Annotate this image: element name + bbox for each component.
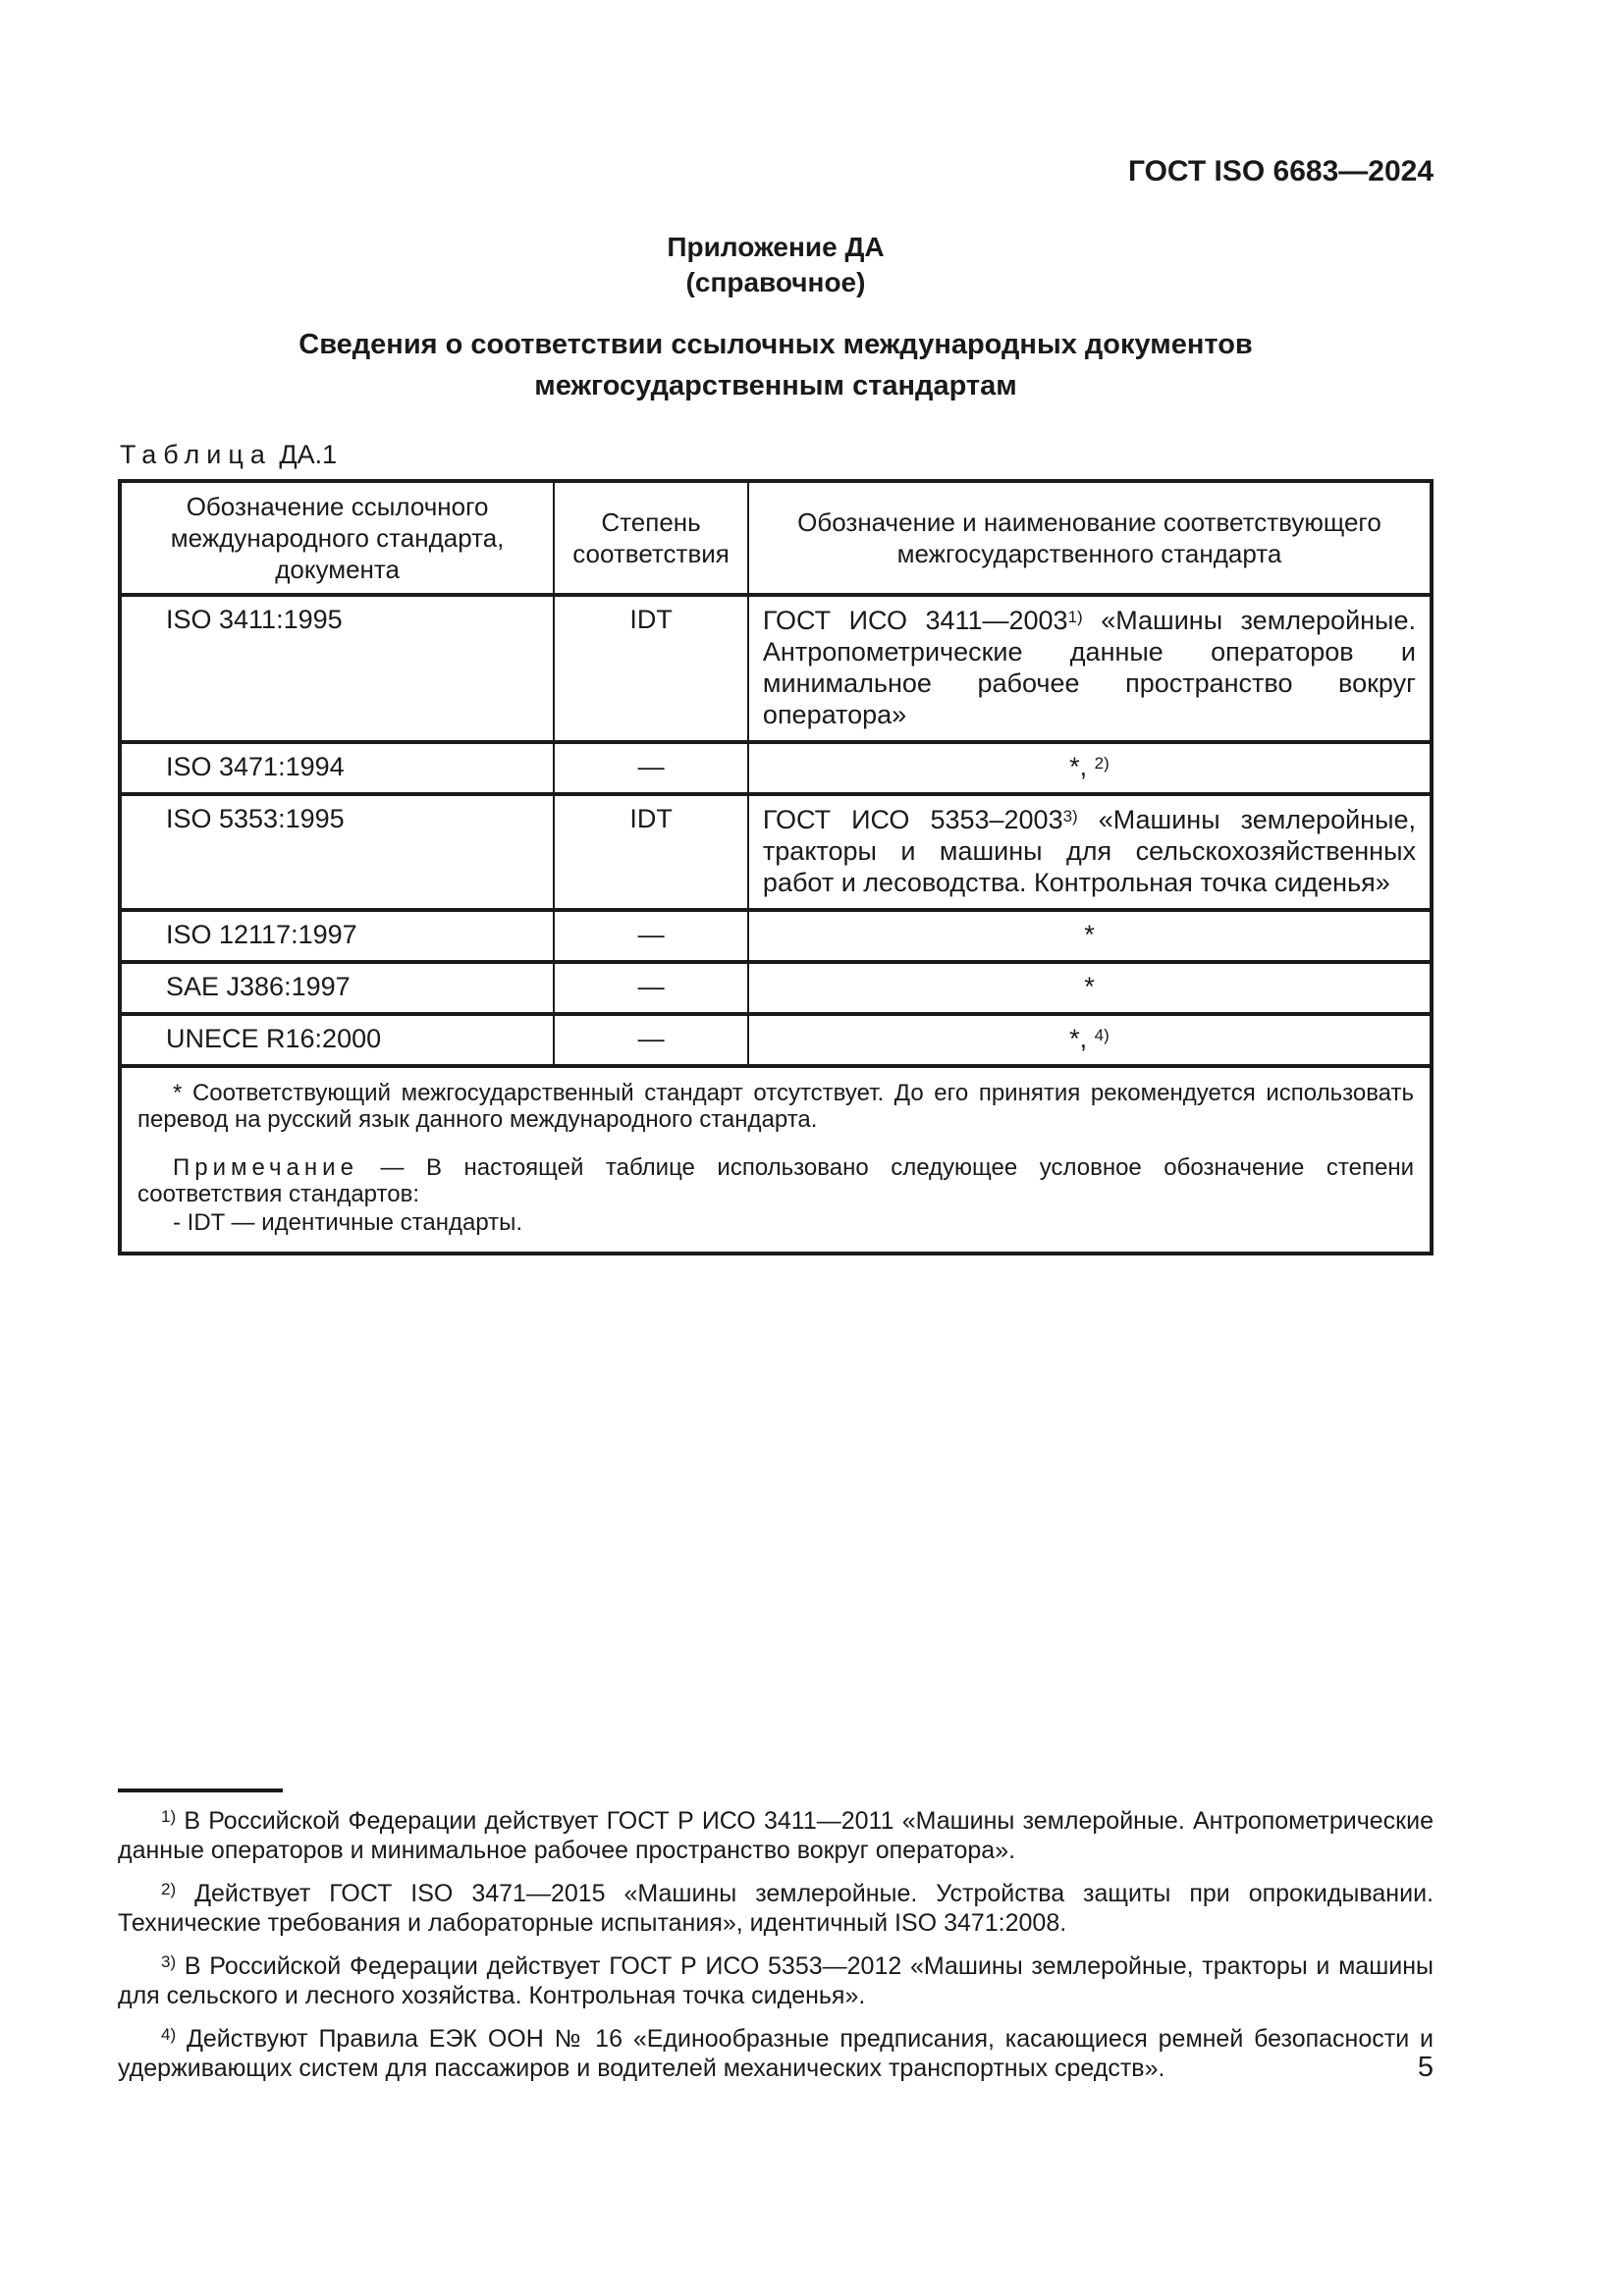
cell-correspondence: * — [748, 910, 1432, 962]
cell-reference: ISO 3471:1994 — [120, 742, 554, 794]
cell-reference: ISO 5353:1995 — [120, 794, 554, 910]
match-text: *, — [1069, 752, 1087, 781]
table-row: SAE J386:1997 — * — [120, 962, 1432, 1014]
table-star-note: * Соответствующий межгосударственный ста… — [137, 1080, 1414, 1133]
document-page: ГОСТ ISO 6683—2024 Приложение ДА (справо… — [0, 0, 1624, 2296]
table-footnote-row: * Соответствующий межгосударственный ста… — [120, 1066, 1432, 1254]
page-number: 5 — [118, 2052, 1434, 2084]
table-row: ISO 5353:1995 IDT ГОСТ ИСО 5353–20033) «… — [120, 794, 1432, 910]
table-caption-number: ДА.1 — [279, 440, 337, 469]
cell-reference: ISO 12117:1997 — [120, 910, 554, 962]
match-footnote-ref: 1) — [1068, 608, 1083, 626]
cell-reference: UNECE R16:2000 — [120, 1014, 554, 1066]
page-title: Сведения о соответствии ссылочных междун… — [118, 324, 1434, 406]
footnote-1-marker: 1) — [161, 1807, 176, 1826]
cell-reference: SAE J386:1997 — [120, 962, 554, 1014]
cell-reference: ISO 3411:1995 — [120, 595, 554, 742]
footnote-4-marker: 4) — [161, 2025, 176, 2044]
table-caption-label: Таблица — [120, 440, 272, 469]
match-text: ГОСТ ИСО 5353–2003 — [763, 805, 1063, 834]
footnote-separator — [118, 1789, 283, 1792]
table-row: ISO 12117:1997 — * — [120, 910, 1432, 962]
appendix-label: Приложение ДА — [118, 232, 1434, 263]
cell-degree: IDT — [554, 794, 748, 910]
cell-correspondence: *, 2) — [748, 742, 1432, 794]
match-text: *, — [1069, 1024, 1087, 1053]
appendix-kind: (справочное) — [118, 267, 1434, 298]
table-note-label: Примечание — [173, 1154, 358, 1181]
table-caption: Таблица ДА.1 — [120, 440, 337, 470]
footnote-1: 1) В Российской Федерации действует ГОСТ… — [118, 1806, 1434, 1865]
table-row: ISO 3471:1994 — *, 2) — [120, 742, 1432, 794]
match-footnote-ref: 2) — [1095, 754, 1110, 773]
table-header-row: Обозначение ссылочного международного ст… — [120, 481, 1432, 595]
correspondence-table: Обозначение ссылочного международного ст… — [118, 479, 1434, 1255]
footnote-2-marker: 2) — [161, 1880, 176, 1898]
table-footnote-cell: * Соответствующий межгосударственный ста… — [120, 1066, 1432, 1254]
page-title-line2: межгосударственным стандартам — [118, 365, 1434, 406]
footnote-3-text: В Российской Федерации действует ГОСТ Р … — [118, 1952, 1434, 2009]
cell-degree: — — [554, 1014, 748, 1066]
footnote-1-text: В Российской Федерации действует ГОСТ Р … — [118, 1807, 1434, 1864]
match-text: * — [1084, 920, 1095, 949]
cell-correspondence: ГОСТ ИСО 5353–20033) «Машины землеройные… — [748, 794, 1432, 910]
page-title-line1: Сведения о соответствии ссылочных междун… — [118, 324, 1434, 365]
table-row: ISO 3411:1995 IDT ГОСТ ИСО 3411—20031) «… — [120, 595, 1432, 742]
cell-correspondence: * — [748, 962, 1432, 1014]
cell-correspondence: *, 4) — [748, 1014, 1432, 1066]
column-header-correspondence: Обозначение и наименование соответствующ… — [748, 481, 1432, 595]
footnote-2: 2) Действует ГОСТ ISO 3471—2015 «Машины … — [118, 1879, 1434, 1938]
cell-degree: — — [554, 962, 748, 1014]
cell-degree: — — [554, 910, 748, 962]
column-header-degree: Степень соответствия — [554, 481, 748, 595]
footnote-3-marker: 3) — [161, 1952, 176, 1971]
cell-degree: — — [554, 742, 748, 794]
match-text: ГОСТ ИСО 3411—2003 — [763, 606, 1068, 635]
match-footnote-ref: 3) — [1063, 807, 1078, 826]
cell-correspondence: ГОСТ ИСО 3411—20031) «Машины землеройные… — [748, 595, 1432, 742]
footnote-3: 3) В Российской Федерации действует ГОСТ… — [118, 1951, 1434, 2010]
column-header-reference: Обозначение ссылочного международного ст… — [120, 481, 554, 595]
match-text: * — [1084, 972, 1095, 1001]
cell-degree: IDT — [554, 595, 748, 742]
match-footnote-ref: 4) — [1095, 1026, 1110, 1044]
running-header: ГОСТ ISO 6683—2024 — [118, 155, 1434, 188]
table-row: UNECE R16:2000 — *, 4) — [120, 1014, 1432, 1066]
table-note-item: - IDT — идентичные стандарты. — [137, 1209, 1414, 1236]
footnote-2-text: Действует ГОСТ ISO 3471—2015 «Машины зем… — [118, 1880, 1434, 1937]
table-note: Примечание — В настоящей таблице использ… — [137, 1154, 1414, 1207]
